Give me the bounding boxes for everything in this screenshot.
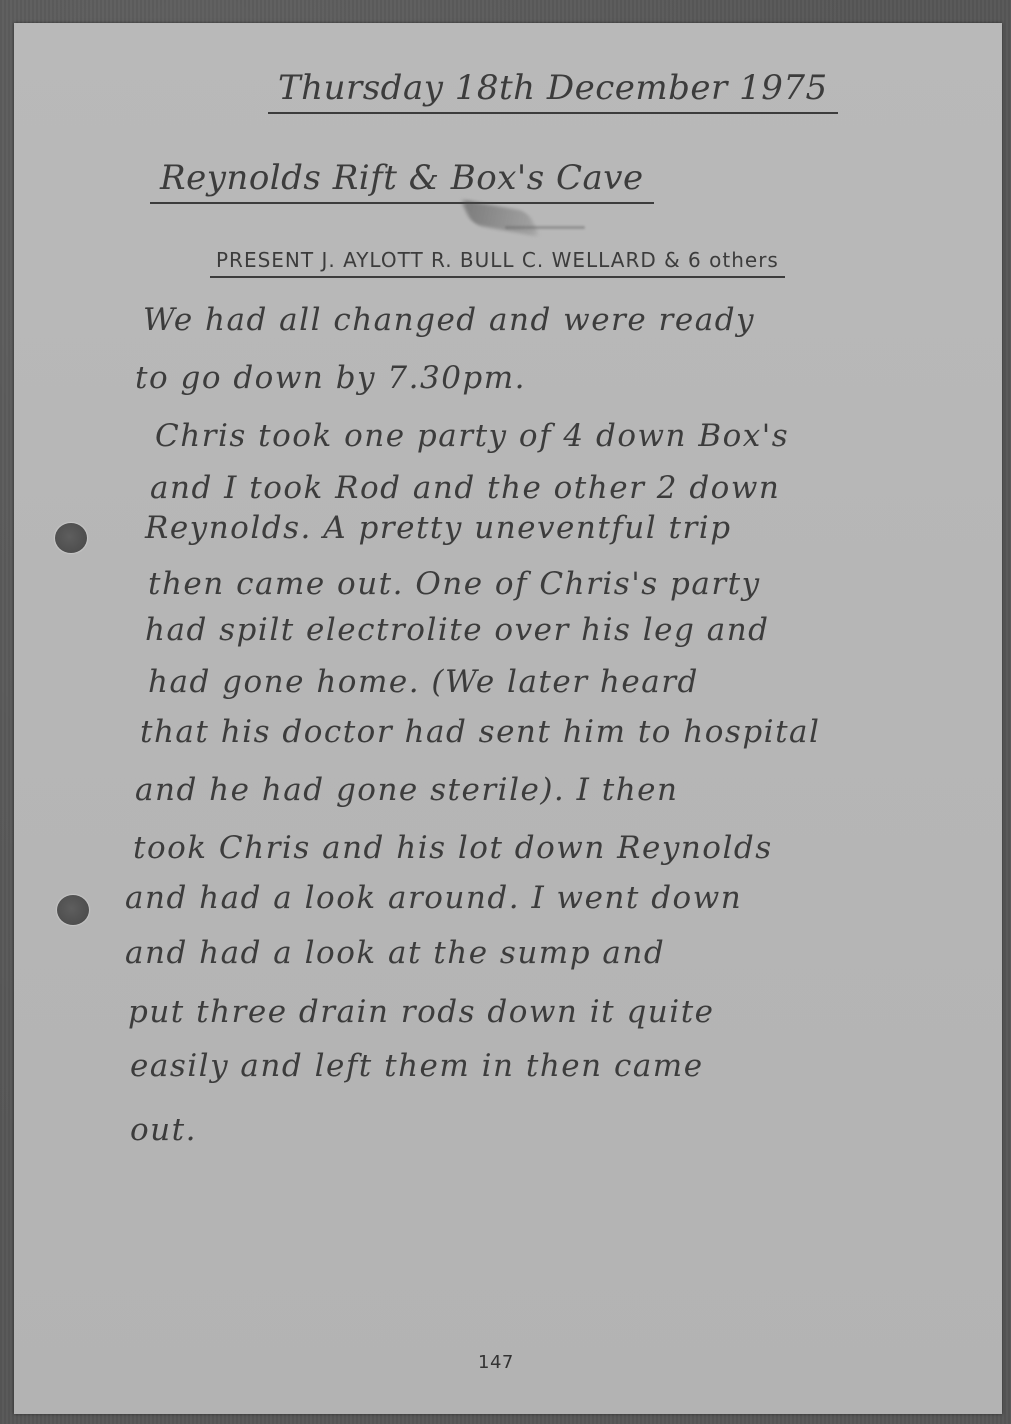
attendees-line: PRESENT J. AYLOTT R. BULL C. WELLARD & 6… [210,248,785,278]
body-line: had gone home. (We later heard [148,664,699,700]
body-line: and had a look around. I went down [125,880,742,916]
body-line: Chris took one party of 4 down Box's [155,418,789,454]
body-line: to go down by 7.30pm. [135,360,526,396]
punch-hole-top [55,523,87,553]
body-line: had spilt electrolite over his leg and [145,612,770,648]
punch-hole-bottom [57,895,89,925]
body-line: Reynolds. A pretty uneventful trip [145,510,732,546]
body-line: We had all changed and were ready [143,302,755,338]
body-line: then came out. One of Chris's party [148,566,761,602]
body-line: out. [130,1112,197,1148]
body-line: and he had gone sterile). I then [135,772,678,808]
body-line: and I took Rod and the other 2 down [150,470,780,506]
body-line: put three drain rods down it quite [128,994,715,1030]
ink-smudge-tail [505,226,585,229]
body-line: took Chris and his lot down Reynolds [133,830,773,866]
cave-title: Reynolds Rift & Box's Cave [150,158,654,204]
date-heading: Thursday 18th December 1975 [268,68,838,114]
body-line: that his doctor had sent him to hospital [140,714,820,750]
body-line: easily and left them in then came [130,1048,704,1084]
body-line: and had a look at the sump and [125,935,665,971]
page-number: 147 [478,1352,514,1373]
